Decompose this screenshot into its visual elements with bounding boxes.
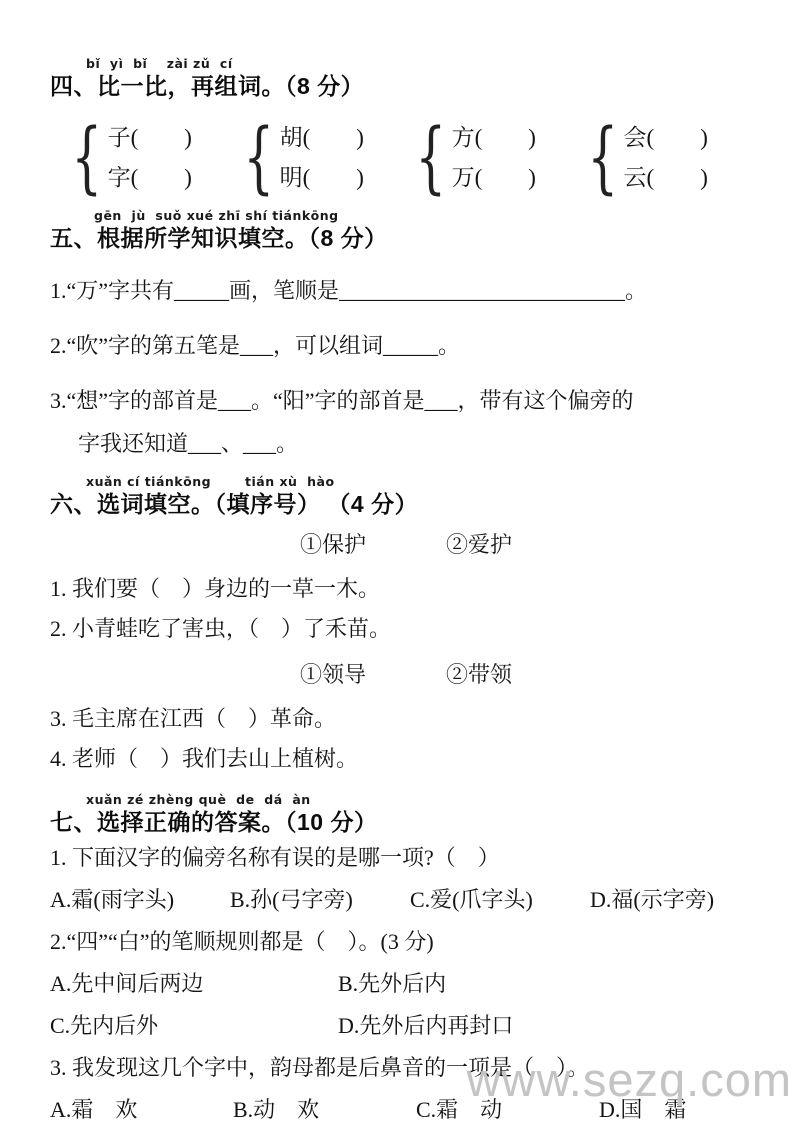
brace-icon: { — [243, 121, 274, 195]
choice-1-bao-hu: ①保护 — [300, 527, 366, 563]
section-5: gēn jù suǒ xué zhī shí tiánkōng 五、根据所学知识… — [50, 208, 762, 461]
answer-paren: ( ) — [131, 165, 192, 190]
site-watermark: www.sezq.com — [467, 1052, 792, 1107]
question-6-2: 2. 小青蛙吃了害虫，（ ）了禾苗。 — [50, 609, 762, 649]
section-6-title: 六、选词填空。（填序号） （4 分） — [50, 489, 762, 519]
worksheet-page: bǐ yì bǐ zài zǔ cí 四、比一比，再组词。（8 分） { 子( … — [0, 0, 800, 1131]
option-d: D.先外后内再封口 — [338, 1005, 762, 1047]
option-c: C.爱(爪字头) — [410, 879, 590, 921]
answer-paren: ( ) — [475, 125, 536, 150]
section-4-pinyin: bǐ yì bǐ zài zǔ cí — [86, 56, 762, 71]
brace-icon: { — [71, 121, 102, 195]
word-choices-1: ①保护 ②爱护 — [50, 527, 762, 563]
option-a: A.霜(雨字头) — [50, 879, 230, 921]
question-7-1: 1. 下面汉字的偏旁名称有误的是哪一项?（ ） — [50, 837, 762, 879]
section-7-pinyin: xuǎn zé zhèng què de dá àn — [86, 792, 762, 807]
question-7-2: 2.“四”“白”的笔顺规则都是（ ）。(3 分) — [50, 921, 762, 963]
option-a: A.先中间后两边 — [50, 963, 338, 1005]
choice-1-ling-dao: ①领导 — [300, 657, 366, 693]
answer-paren: ( ) — [303, 125, 364, 150]
choice-2-dai-ling: ②带领 — [446, 657, 512, 693]
option-b: B.动 欢 — [233, 1089, 416, 1131]
question-7-2-options-row-1: A.先中间后两边 B.先外后内 — [50, 963, 762, 1005]
pair-char: 子 — [108, 125, 131, 150]
question-5-3-continued: 字我还知道___、___。 — [50, 427, 762, 461]
option-a: A.霜 欢 — [50, 1089, 233, 1131]
word-choices-2: ①领导 ②带领 — [50, 657, 762, 693]
compare-pair-2: { 胡( ) 明( ) — [234, 121, 364, 195]
question-5-1: 1.“万”字共有_____画，笔顺是______________________… — [50, 274, 762, 308]
option-d: D.福(示字旁) — [590, 879, 770, 921]
question-7-2-options-row-2: C.先内后外 D.先外后内再封口 — [50, 1005, 762, 1047]
compare-pair-3: { 方( ) 万( ) — [406, 121, 536, 195]
pair-char: 胡 — [280, 125, 303, 150]
answer-paren: ( ) — [475, 165, 536, 190]
option-c: C.先内后外 — [50, 1005, 338, 1047]
question-6-3: 3. 毛主席在江西（ ）革命。 — [50, 699, 762, 739]
pair-char: 明 — [280, 165, 303, 190]
section-6-pinyin: xuǎn cí tiánkōng tián xù hào — [86, 474, 762, 489]
section-5-title: 五、根据所学知识填空。（8 分） — [50, 223, 762, 253]
pair-char: 方 — [452, 125, 475, 150]
question-7-1-options: A.霜(雨字头) B.孙(弓字旁) C.爱(爪字头) D.福(示字旁) — [50, 879, 762, 921]
section-6: xuǎn cí tiánkōng tián xù hào 六、选词填空。（填序号… — [50, 474, 762, 779]
question-6-1: 1. 我们要（ ）身边的一草一木。 — [50, 569, 762, 609]
brace-icon: { — [587, 121, 618, 195]
option-b: B.先外后内 — [338, 963, 762, 1005]
compare-pair-4: { 会( ) 云( ) — [578, 121, 708, 195]
question-5-3: 3.“想”字的部首是___。“阳”字的部首是___，带有这个偏旁的 — [50, 384, 762, 418]
compare-pair-1: { 子( ) 字( ) — [62, 121, 192, 195]
answer-paren: ( ) — [303, 165, 364, 190]
answer-paren: ( ) — [647, 165, 708, 190]
pair-char: 会 — [624, 125, 647, 150]
section-7-title: 七、选择正确的答案。（10 分） — [50, 807, 762, 837]
pair-char: 万 — [452, 165, 475, 190]
question-5-2: 2.“吹”字的第五笔是___，可以组词_____。 — [50, 329, 762, 363]
question-6-4: 4. 老师（ ）我们去山上植树。 — [50, 739, 762, 779]
choice-2-ai-hu: ②爱护 — [446, 527, 512, 563]
brace-icon: { — [415, 121, 446, 195]
pair-char: 云 — [624, 165, 647, 190]
section-4-pairs: { 子( ) 字( ) { 胡( ) 明( ) { 方( ) 万( ) — [62, 121, 762, 195]
option-b: B.孙(弓字旁) — [230, 879, 410, 921]
section-4: bǐ yì bǐ zài zǔ cí 四、比一比，再组词。（8 分） { 子( … — [50, 56, 762, 195]
answer-paren: ( ) — [131, 125, 192, 150]
pair-char: 字 — [108, 165, 131, 190]
section-4-title: 四、比一比，再组词。（8 分） — [50, 71, 762, 101]
section-5-pinyin: gēn jù suǒ xué zhī shí tiánkōng — [94, 208, 762, 223]
answer-paren: ( ) — [647, 125, 708, 150]
